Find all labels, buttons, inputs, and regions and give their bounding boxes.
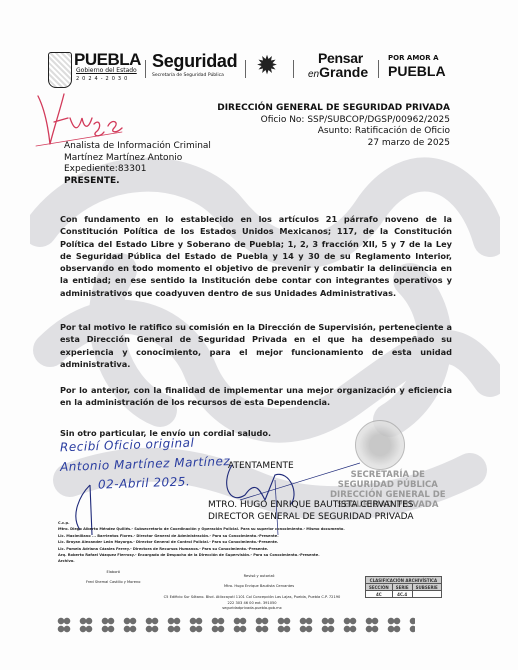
archive-value-subserie bbox=[412, 591, 441, 598]
archive-header-serie: SERIE bbox=[392, 584, 412, 591]
addressee-presente: PRESENTE. bbox=[64, 176, 211, 188]
seguridad-logo-subtitle: Secretaría de Seguridad Pública bbox=[152, 73, 224, 78]
archive-value-serie: 4C.4 bbox=[392, 591, 412, 598]
cc-list: C.c.p. Mtro. Diego Alberto Méndez Quillé… bbox=[58, 520, 358, 565]
pensar-logo-grande: Grande bbox=[319, 64, 368, 80]
poramor-logo-line1: POR AMOR A bbox=[388, 54, 439, 62]
addressee-expediente: Expediente:83301 bbox=[64, 164, 211, 176]
elaboro-name: Fred Shemal Castillo y Moreno bbox=[86, 580, 140, 584]
body-paragraph-1: Con fundamento en lo establecido en los … bbox=[60, 213, 452, 299]
reviso-block: Revisó y autorizó Mtro. Hugo Enrique Bau… bbox=[224, 574, 294, 588]
addressee-name: Martínez Martínez Antonio bbox=[64, 153, 211, 165]
letterhead-logos: PUEBLA Gobierno del Estado 2024-2030 Seg… bbox=[0, 38, 518, 88]
puebla-logo-subtitle: Gobierno del Estado bbox=[76, 67, 137, 74]
oficio-number: Oficio No: SSP/SUBCOP/DGSP/00962/2025 bbox=[217, 115, 450, 127]
oficio-date: 27 marzo de 2025 bbox=[217, 138, 450, 150]
pensar-logo-prefix: en bbox=[308, 69, 319, 80]
seguridad-logo-title: Seguridad bbox=[152, 51, 237, 72]
oficio-header: DIRECCIÓN GENERAL DE SEGURIDAD PRIVADA O… bbox=[217, 103, 450, 149]
official-seal-icon bbox=[355, 420, 405, 470]
footer-address: C5 Edificio Sur Sótano. Blvd. Atlixcayot… bbox=[152, 595, 352, 612]
pensar-logo-line2: enGrande bbox=[308, 64, 368, 80]
document-page: PUEBLA Gobierno del Estado 2024-2030 Seg… bbox=[0, 0, 518, 670]
signatory-name: MTRO. HUGO ENRIQUE BAUTISTA CERVANTES bbox=[208, 499, 414, 511]
divider bbox=[378, 60, 379, 78]
elaboro-block: Elaboró Fred Shemal Castillo y Moreno bbox=[86, 570, 140, 584]
archive-table-title: CLASIFICACIÓN ARCHIVÍSTICA bbox=[366, 577, 442, 584]
address-line-1: C5 Edificio Sur Sótano. Blvd. Atlixcayot… bbox=[152, 595, 352, 601]
archive-classification-table: CLASIFICACIÓN ARCHIVÍSTICA SECCIÓN SERIE… bbox=[365, 576, 442, 598]
addressee-block: Analista de Información Criminal Martíne… bbox=[64, 141, 211, 187]
puebla-logo-years: 2024-2030 bbox=[76, 76, 130, 82]
archive-header-subserie: SUBSERIE bbox=[412, 584, 441, 591]
puebla-coat-of-arms-icon bbox=[48, 52, 72, 88]
archive-value-seccion: 4C bbox=[366, 591, 393, 598]
cc-line: Mtro. Diego Alberto Méndez Quillés.- Sub… bbox=[58, 526, 358, 532]
body-paragraph-2: Por tal motivo le ratifico su comisión e… bbox=[60, 321, 452, 370]
divider bbox=[293, 60, 294, 78]
decorative-floral-border bbox=[55, 615, 415, 637]
divider bbox=[245, 60, 246, 78]
archive-header-seccion: SECCIÓN bbox=[366, 584, 393, 591]
addressee-role: Analista de Información Criminal bbox=[64, 141, 211, 153]
body-paragraph-3: Por lo anterior, con la finalidad de imp… bbox=[60, 384, 452, 409]
reviso-name: Mtro. Hugo Enrique Bautista Cervantes bbox=[224, 584, 294, 588]
divider bbox=[145, 60, 146, 78]
direction-name: DIRECCIÓN GENERAL DE SEGURIDAD PRIVADA bbox=[217, 103, 450, 115]
cc-line: Arq. Roberto Rafael Vázquez Fierrosy.- E… bbox=[58, 552, 358, 558]
cc-line: Archivo. bbox=[58, 558, 358, 564]
police-star-icon: ✹ bbox=[254, 53, 280, 79]
handwritten-initials-red bbox=[34, 88, 124, 148]
poramor-logo-line2: PUEBLA bbox=[388, 63, 446, 79]
address-website: seguridadprivada.puebla.gob.mx bbox=[152, 606, 352, 612]
asunto: Asunto: Ratificación de Oficio bbox=[217, 126, 450, 138]
